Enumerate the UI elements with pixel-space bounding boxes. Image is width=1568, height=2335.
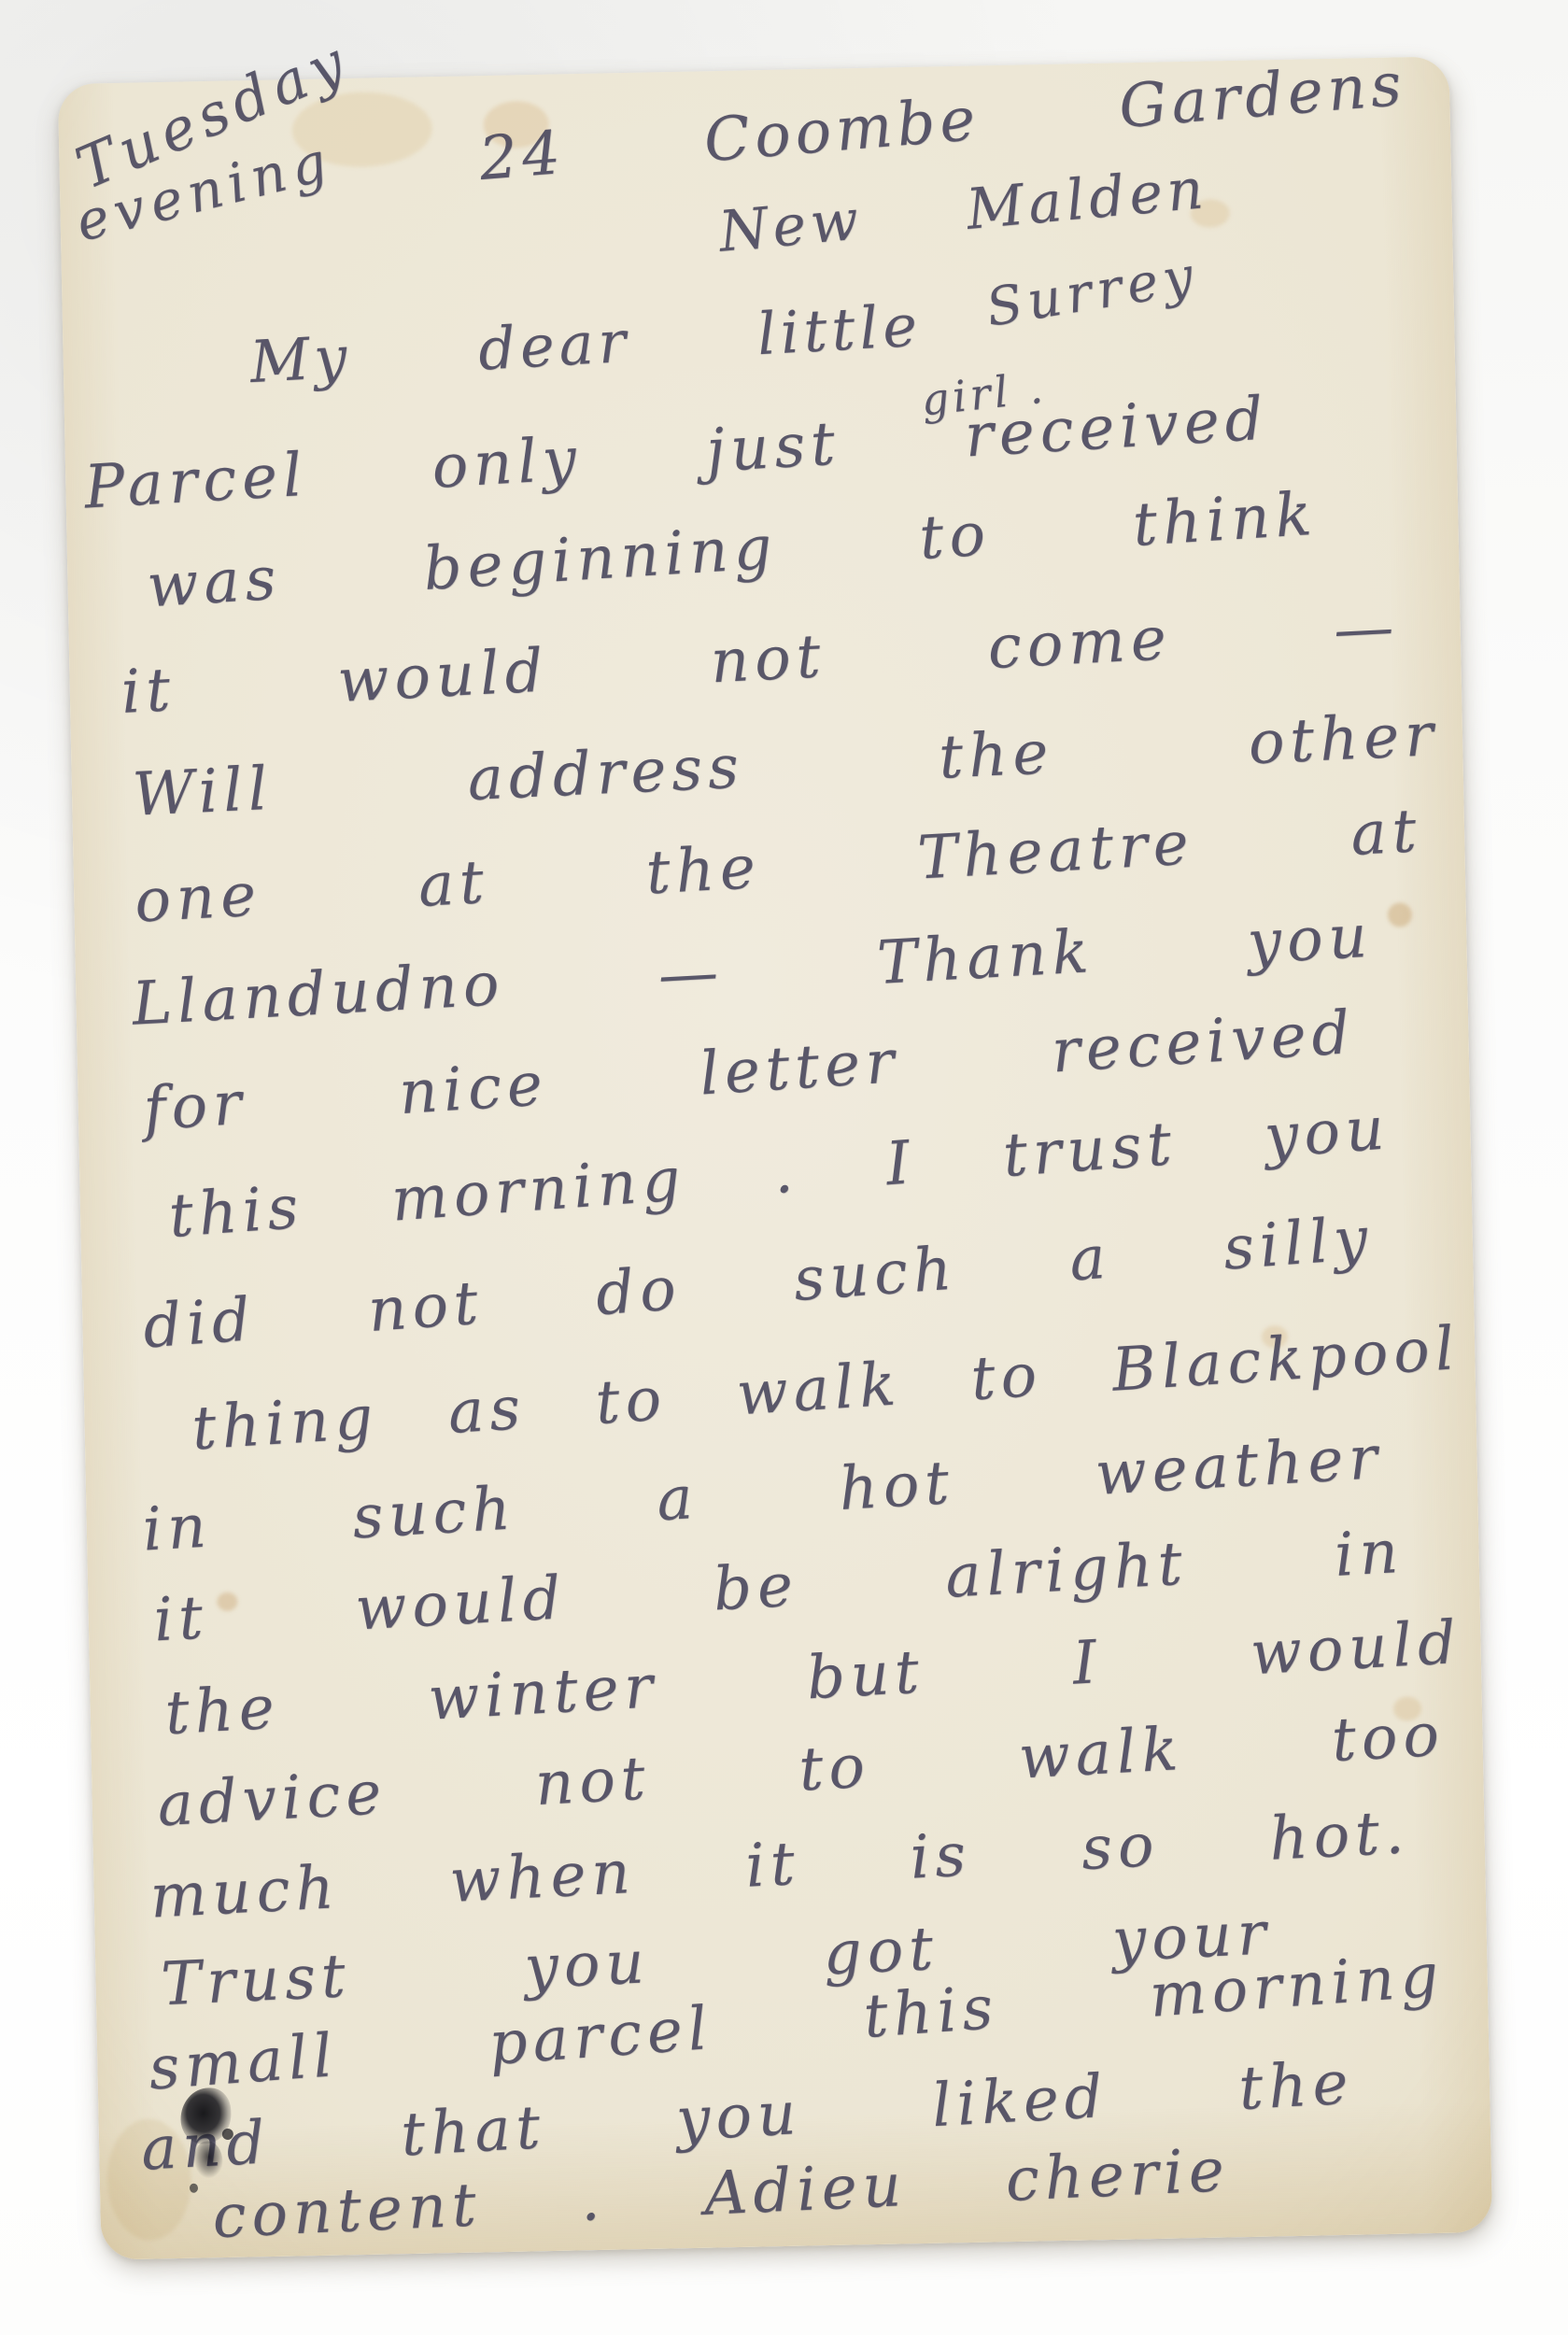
postcard: Tuesday evening 24 Coombe Gardens New Ma… (58, 56, 1492, 2259)
salutation: My dear little (248, 294, 924, 395)
address-line-1: 24 Coombe Gardens (477, 52, 1408, 193)
ink-speckle (190, 2184, 198, 2193)
photo-background: Tuesday evening 24 Coombe Gardens New Ma… (0, 0, 1568, 2335)
address-line-3: Surrey (982, 247, 1203, 337)
address-line-2: New Malden (716, 158, 1210, 263)
handwriting-line: it would not come — (120, 594, 1401, 726)
stain (1388, 902, 1413, 927)
